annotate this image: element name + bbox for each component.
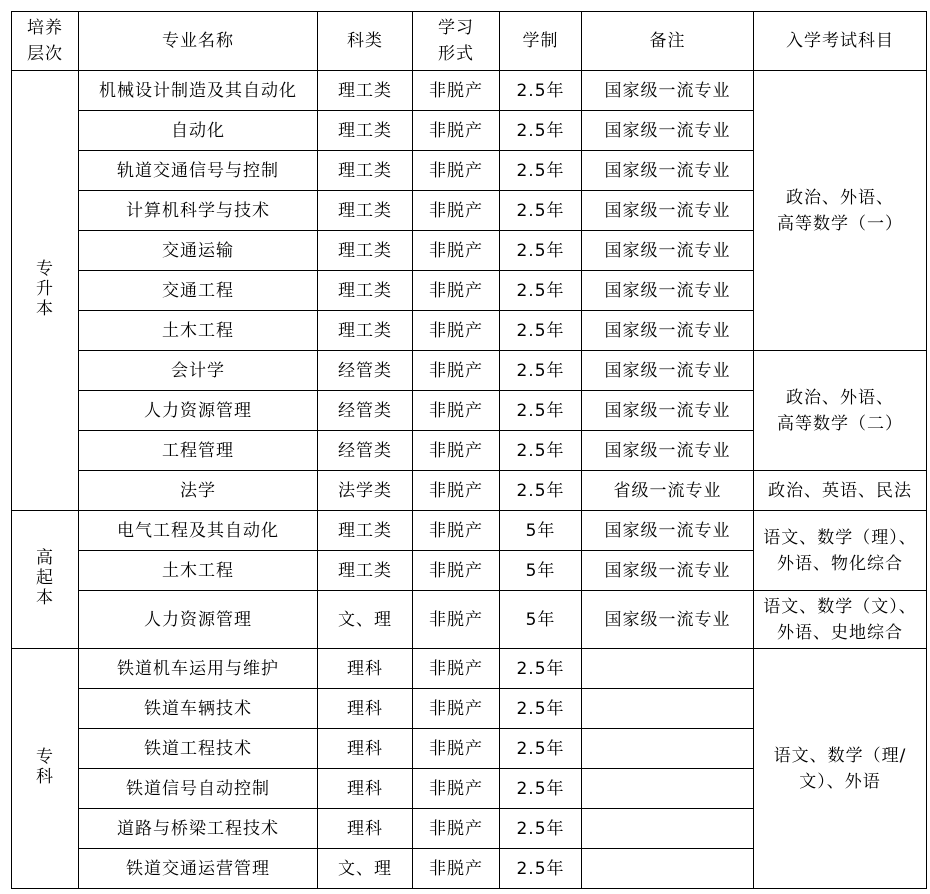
duration-cell: 5年 <box>500 551 582 591</box>
form-cell: 非脱产 <box>413 111 500 151</box>
duration-cell: 2.5年 <box>500 431 582 471</box>
form-cell: 非脱产 <box>413 231 500 271</box>
remark-cell: 国家级一流专业 <box>582 111 754 151</box>
major-cell: 人力资源管理 <box>79 591 318 649</box>
duration-cell: 2.5年 <box>500 191 582 231</box>
table-row: 高起本 电气工程及其自动化 理工类 非脱产 5年 国家级一流专业 语文、数学（理… <box>12 511 927 551</box>
category-cell: 理工类 <box>318 111 413 151</box>
category-cell: 经管类 <box>318 431 413 471</box>
major-cell: 土木工程 <box>79 311 318 351</box>
major-cell: 人力资源管理 <box>79 391 318 431</box>
duration-cell: 2.5年 <box>500 71 582 111</box>
form-cell: 非脱产 <box>413 471 500 511</box>
form-cell: 非脱产 <box>413 271 500 311</box>
major-cell: 自动化 <box>79 111 318 151</box>
category-cell: 理工类 <box>318 271 413 311</box>
table-row: 会计学 经管类 非脱产 2.5年 国家级一流专业 政治、外语、高等数学（二） <box>12 351 927 391</box>
category-cell: 理工类 <box>318 151 413 191</box>
major-cell: 电气工程及其自动化 <box>79 511 318 551</box>
form-cell: 非脱产 <box>413 351 500 391</box>
remark-cell: 省级一流专业 <box>582 471 754 511</box>
form-cell: 非脱产 <box>413 151 500 191</box>
major-cell: 计算机科学与技术 <box>79 191 318 231</box>
duration-cell: 5年 <box>500 591 582 649</box>
remark-cell: 国家级一流专业 <box>582 151 754 191</box>
category-cell: 理工类 <box>318 311 413 351</box>
header-remark: 备注 <box>582 12 754 71</box>
exam-cell: 语文、数学（理/文）、外语 <box>754 649 927 889</box>
form-cell: 非脱产 <box>413 849 500 889</box>
header-major: 专业名称 <box>79 12 318 71</box>
category-cell: 经管类 <box>318 391 413 431</box>
table-row: 专科 铁道机车运用与维护 理科 非脱产 2.5年 语文、数学（理/文）、外语 <box>12 649 927 689</box>
exam-cell: 政治、外语、高等数学（二） <box>754 351 927 471</box>
remark-cell: 国家级一流专业 <box>582 351 754 391</box>
header-study-form: 学习形式 <box>413 12 500 71</box>
duration-cell: 2.5年 <box>500 769 582 809</box>
major-cell: 铁道信号自动控制 <box>79 769 318 809</box>
major-cell: 机械设计制造及其自动化 <box>79 71 318 111</box>
duration-cell: 2.5年 <box>500 809 582 849</box>
remark-cell: 国家级一流专业 <box>582 311 754 351</box>
remark-cell <box>582 769 754 809</box>
header-row: 培养层次 专业名称 科类 学习形式 学制 备注 入学考试科目 <box>12 12 927 71</box>
form-cell: 非脱产 <box>413 311 500 351</box>
form-cell: 非脱产 <box>413 71 500 111</box>
category-cell: 理科 <box>318 729 413 769</box>
category-cell: 理工类 <box>318 551 413 591</box>
remark-cell: 国家级一流专业 <box>582 71 754 111</box>
duration-cell: 2.5年 <box>500 689 582 729</box>
remark-cell: 国家级一流专业 <box>582 191 754 231</box>
duration-cell: 5年 <box>500 511 582 551</box>
remark-cell: 国家级一流专业 <box>582 391 754 431</box>
table-row: 人力资源管理 文、理 非脱产 5年 国家级一流专业 语文、数学（文）、外语、史地… <box>12 591 927 649</box>
remark-cell <box>582 649 754 689</box>
major-cell: 交通工程 <box>79 271 318 311</box>
remark-cell: 国家级一流专业 <box>582 431 754 471</box>
header-exam-subjects: 入学考试科目 <box>754 12 927 71</box>
category-cell: 理工类 <box>318 191 413 231</box>
category-cell: 理工类 <box>318 71 413 111</box>
form-cell: 非脱产 <box>413 689 500 729</box>
category-cell: 理科 <box>318 809 413 849</box>
category-cell: 理科 <box>318 689 413 729</box>
header-level: 培养层次 <box>12 12 79 71</box>
form-cell: 非脱产 <box>413 649 500 689</box>
header-category: 科类 <box>318 12 413 71</box>
major-cell: 铁道车辆技术 <box>79 689 318 729</box>
duration-cell: 2.5年 <box>500 271 582 311</box>
duration-cell: 2.5年 <box>500 849 582 889</box>
form-cell: 非脱产 <box>413 769 500 809</box>
duration-cell: 2.5年 <box>500 471 582 511</box>
form-cell: 非脱产 <box>413 431 500 471</box>
category-cell: 经管类 <box>318 351 413 391</box>
category-cell: 法学类 <box>318 471 413 511</box>
form-cell: 非脱产 <box>413 591 500 649</box>
level-cell-zhuanshengben: 专升本 <box>12 71 79 511</box>
major-cell: 法学 <box>79 471 318 511</box>
remark-cell: 国家级一流专业 <box>582 271 754 311</box>
remark-cell: 国家级一流专业 <box>582 551 754 591</box>
table-row: 法学 法学类 非脱产 2.5年 省级一流专业 政治、英语、民法 <box>12 471 927 511</box>
table-row: 专升本 机械设计制造及其自动化 理工类 非脱产 2.5年 国家级一流专业 政治、… <box>12 71 927 111</box>
duration-cell: 2.5年 <box>500 649 582 689</box>
major-cell: 铁道交通运营管理 <box>79 849 318 889</box>
category-cell: 理工类 <box>318 231 413 271</box>
form-cell: 非脱产 <box>413 809 500 849</box>
form-cell: 非脱产 <box>413 729 500 769</box>
header-duration: 学制 <box>500 12 582 71</box>
major-cell: 铁道机车运用与维护 <box>79 649 318 689</box>
major-cell: 轨道交通信号与控制 <box>79 151 318 191</box>
duration-cell: 2.5年 <box>500 231 582 271</box>
level-cell-zhuanke: 专科 <box>12 649 79 889</box>
exam-cell: 政治、英语、民法 <box>754 471 927 511</box>
exam-cell: 政治、外语、高等数学（一） <box>754 71 927 351</box>
duration-cell: 2.5年 <box>500 351 582 391</box>
category-cell: 理科 <box>318 769 413 809</box>
enrollment-majors-table: 培养层次 专业名称 科类 学习形式 学制 备注 入学考试科目 专升本 机械设计制… <box>11 11 927 889</box>
major-cell: 道路与桥梁工程技术 <box>79 809 318 849</box>
major-cell: 工程管理 <box>79 431 318 471</box>
remark-cell: 国家级一流专业 <box>582 591 754 649</box>
form-cell: 非脱产 <box>413 511 500 551</box>
level-cell-gaoqiben: 高起本 <box>12 511 79 649</box>
major-cell: 交通运输 <box>79 231 318 271</box>
major-cell: 会计学 <box>79 351 318 391</box>
form-cell: 非脱产 <box>413 391 500 431</box>
remark-cell <box>582 809 754 849</box>
duration-cell: 2.5年 <box>500 311 582 351</box>
remark-cell: 国家级一流专业 <box>582 511 754 551</box>
remark-cell <box>582 729 754 769</box>
form-cell: 非脱产 <box>413 191 500 231</box>
exam-cell: 语文、数学（理）、外语、物化综合 <box>754 511 927 591</box>
remark-cell <box>582 689 754 729</box>
remark-cell: 国家级一流专业 <box>582 231 754 271</box>
major-cell: 土木工程 <box>79 551 318 591</box>
category-cell: 文、理 <box>318 849 413 889</box>
duration-cell: 2.5年 <box>500 729 582 769</box>
duration-cell: 2.5年 <box>500 151 582 191</box>
category-cell: 理工类 <box>318 511 413 551</box>
exam-cell: 语文、数学（文）、外语、史地综合 <box>754 591 927 649</box>
duration-cell: 2.5年 <box>500 111 582 151</box>
category-cell: 文、理 <box>318 591 413 649</box>
form-cell: 非脱产 <box>413 551 500 591</box>
major-cell: 铁道工程技术 <box>79 729 318 769</box>
remark-cell <box>582 849 754 889</box>
category-cell: 理科 <box>318 649 413 689</box>
duration-cell: 2.5年 <box>500 391 582 431</box>
